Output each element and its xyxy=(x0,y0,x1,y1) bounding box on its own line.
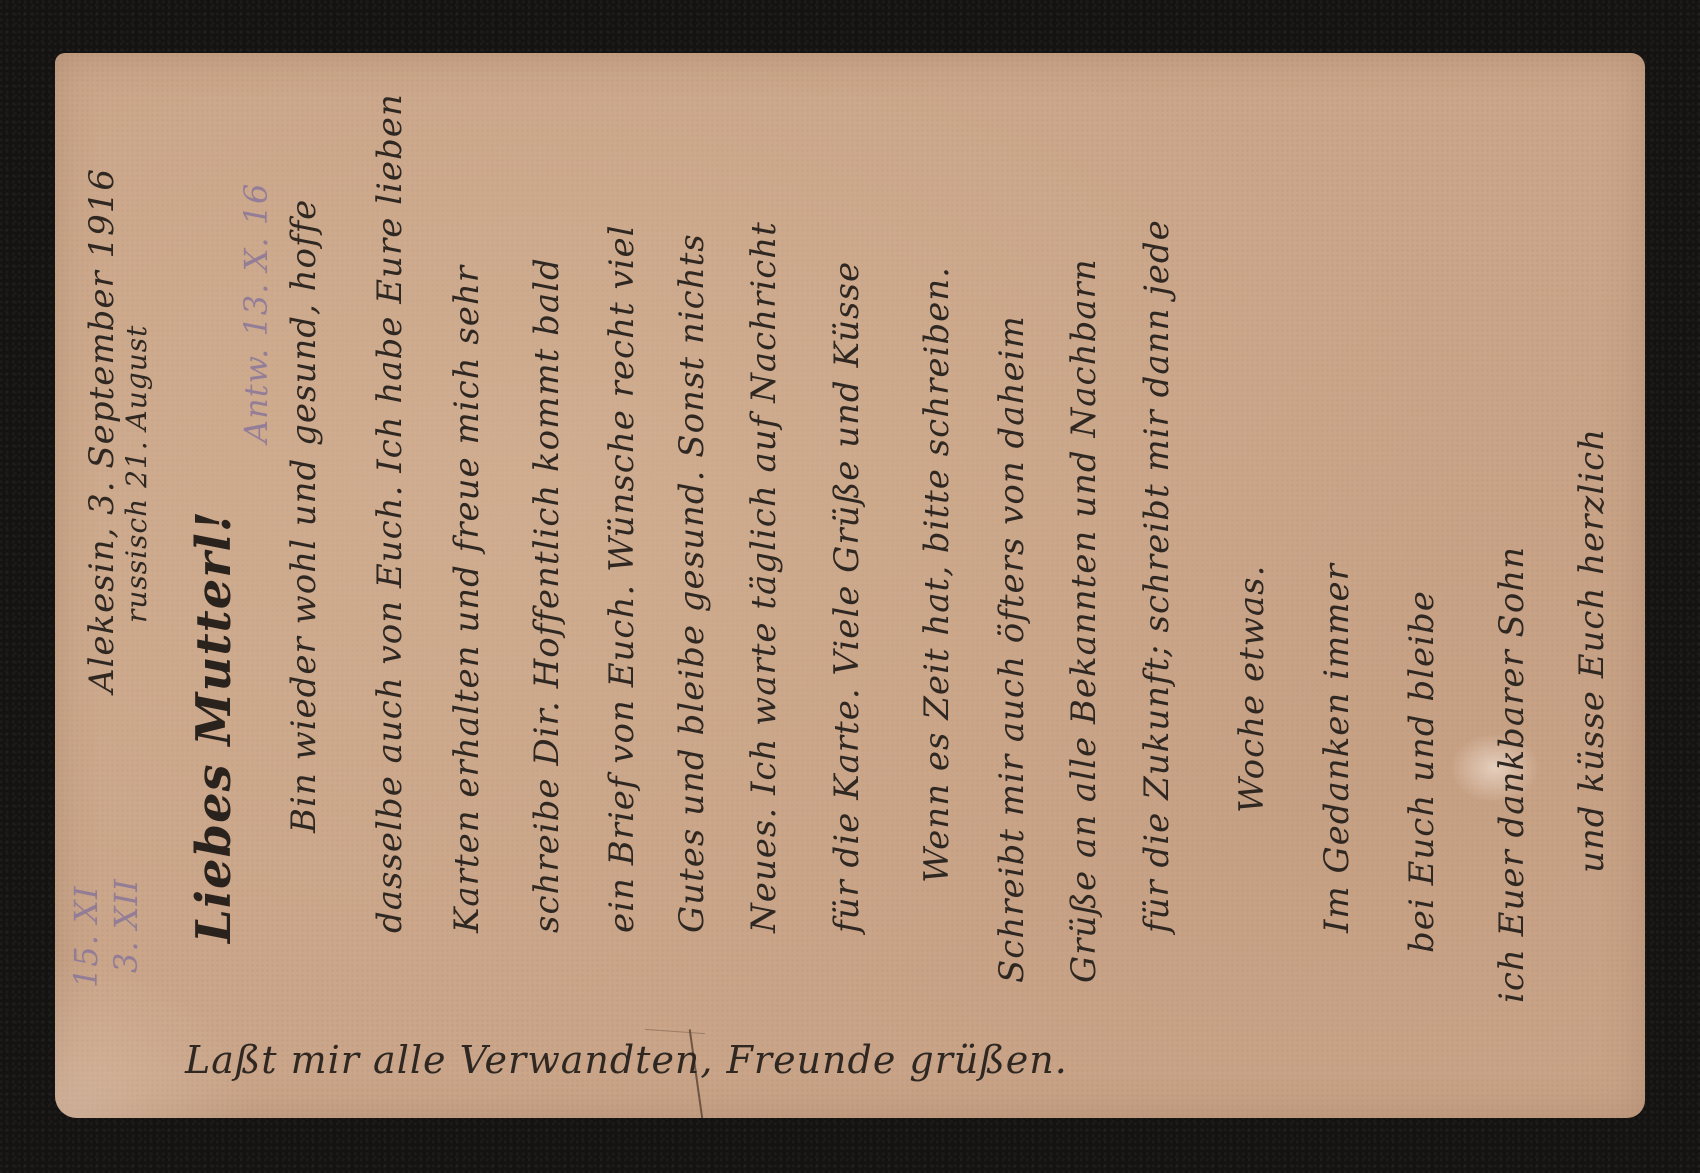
body-line: und küsse Euch herzlich xyxy=(1575,428,1609,873)
body-line: Grüße an alle Bekannten und Nachbarn xyxy=(1067,258,1101,983)
body-line: für die Karte. Viele Grüße und Küsse xyxy=(830,261,864,933)
body-line: Gutes und bleibe gesund. Sonst nichts xyxy=(675,233,709,933)
body-line: für die Zukunft; schreibt mir dann jede xyxy=(1140,219,1174,933)
postcard: Alekesin, 3. September 1916 russisch 21.… xyxy=(55,53,1645,1118)
body-line: bei Euch und bleibe xyxy=(1405,590,1439,953)
body-line: ein Brief von Euch. Wünsche recht viel xyxy=(605,224,639,933)
body-line: dasselbe auch von Euch. Ich habe Eure li… xyxy=(373,93,407,933)
body-line: ich Euer dankbarer Sohn xyxy=(1495,546,1529,1003)
body-line: Schreibt mir auch öfters von daheim xyxy=(995,315,1029,983)
paper-crease xyxy=(645,1029,705,1034)
margin-note-1: 15. XI xyxy=(70,886,102,988)
body-line: Neues. Ich warte täglich auf Nachricht xyxy=(747,221,781,933)
margin-note-2: 3. XII xyxy=(110,878,142,973)
closing-line: Laßt mir alle Verwandten, Freunde grüßen… xyxy=(185,1038,1068,1082)
body-line: Woche etwas. xyxy=(1235,565,1269,813)
body-line: Bin wieder wohl und gesund, hoffe xyxy=(287,199,321,833)
place-date: Alekesin, 3. September 1916 xyxy=(85,168,119,693)
body-line: schreibe Dir. Hoffentlich kommt bald xyxy=(530,257,564,933)
body-line: Im Gedanken immer xyxy=(1320,563,1354,933)
body-line: Wenn es Zeit hat, bitte schreiben. xyxy=(920,266,954,883)
salutation: Liebes Mutterl! xyxy=(190,510,238,943)
body-line: Karten erhalten und freue mich sehr xyxy=(450,265,484,933)
russian-date: russisch 21. August xyxy=(123,325,151,623)
reply-note: Antw. 13. X. 16 xyxy=(240,183,272,443)
